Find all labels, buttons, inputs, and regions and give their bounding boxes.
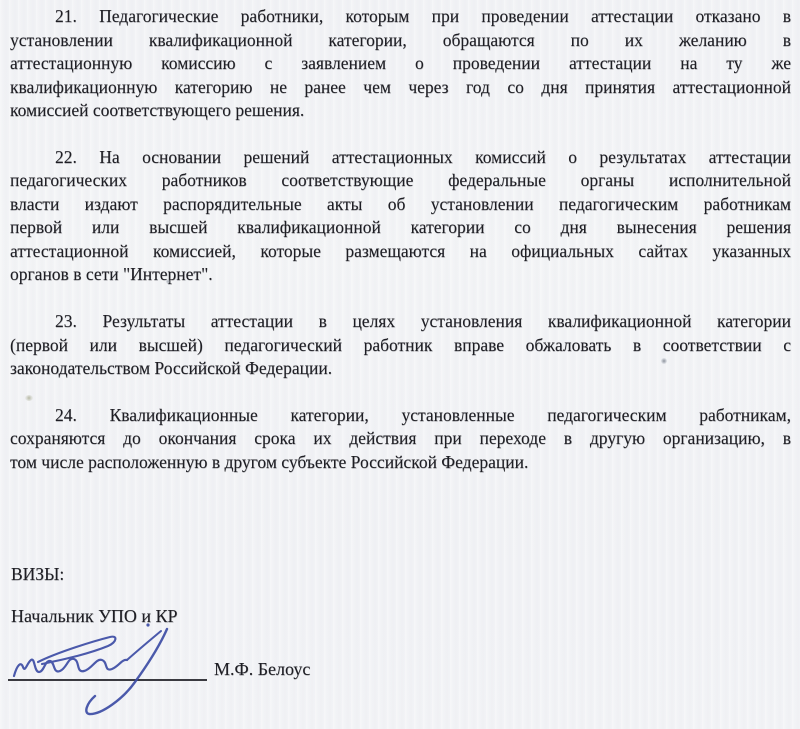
text-line: (первой или высшей) педагогический работ… <box>10 334 791 358</box>
text-line: 24. Квалификационные категории, установл… <box>10 404 791 428</box>
paragraph: 24. Квалификационные категории, установл… <box>10 404 791 475</box>
signature-block: М.Ф. Белоус <box>8 659 310 681</box>
paragraph: 23. Результаты аттестации в целях устано… <box>10 310 791 381</box>
scanned-document-page: 21. Педагогические работники, которым пр… <box>0 0 800 729</box>
text-line: комиссией соответствующего решения. <box>10 99 791 123</box>
document-body: 21. Педагогические работники, которым пр… <box>10 5 791 497</box>
signature-line <box>8 659 207 681</box>
text-line: аттестационную комиссию с заявлением о п… <box>10 52 791 76</box>
scan-speck <box>166 279 170 284</box>
scan-speck <box>661 358 667 364</box>
text-line: установлении квалификационной категории,… <box>10 29 791 53</box>
text-line: сохраняются до окончания срока их действ… <box>10 427 791 451</box>
text-line: аттестационной комиссией, которые размещ… <box>10 240 791 264</box>
scan-speck <box>25 395 33 401</box>
text-line: квалификационную категорию не ранее чем … <box>10 76 791 100</box>
text-line: 23. Результаты аттестации в целях устано… <box>10 310 791 334</box>
signatory-name: М.Ф. Белоус <box>214 659 310 681</box>
text-line: педагогических работников соответствующи… <box>10 169 791 193</box>
text-line: 21. Педагогические работники, которым пр… <box>10 5 791 29</box>
text-line: первой или высшей квалификационной катег… <box>10 216 791 240</box>
text-line: власти издают распорядительные акты об у… <box>10 193 791 217</box>
paragraph: 22. На основании решений аттестационных … <box>10 146 791 287</box>
text-line: законодательством Российской Федерации. <box>10 357 791 381</box>
text-line: 22. На основании решений аттестационных … <box>10 146 791 170</box>
signatory-title: Начальник УПО и КР <box>11 604 178 628</box>
visas-label: ВИЗЫ: <box>11 563 64 586</box>
paragraph: 21. Педагогические работники, которым пр… <box>10 5 791 123</box>
paragraphs-container: 21. Педагогические работники, которым пр… <box>10 5 791 474</box>
text-line: том числе расположенную в другом субъект… <box>10 451 791 475</box>
text-line: органов в сети "Интернет". <box>10 263 791 287</box>
